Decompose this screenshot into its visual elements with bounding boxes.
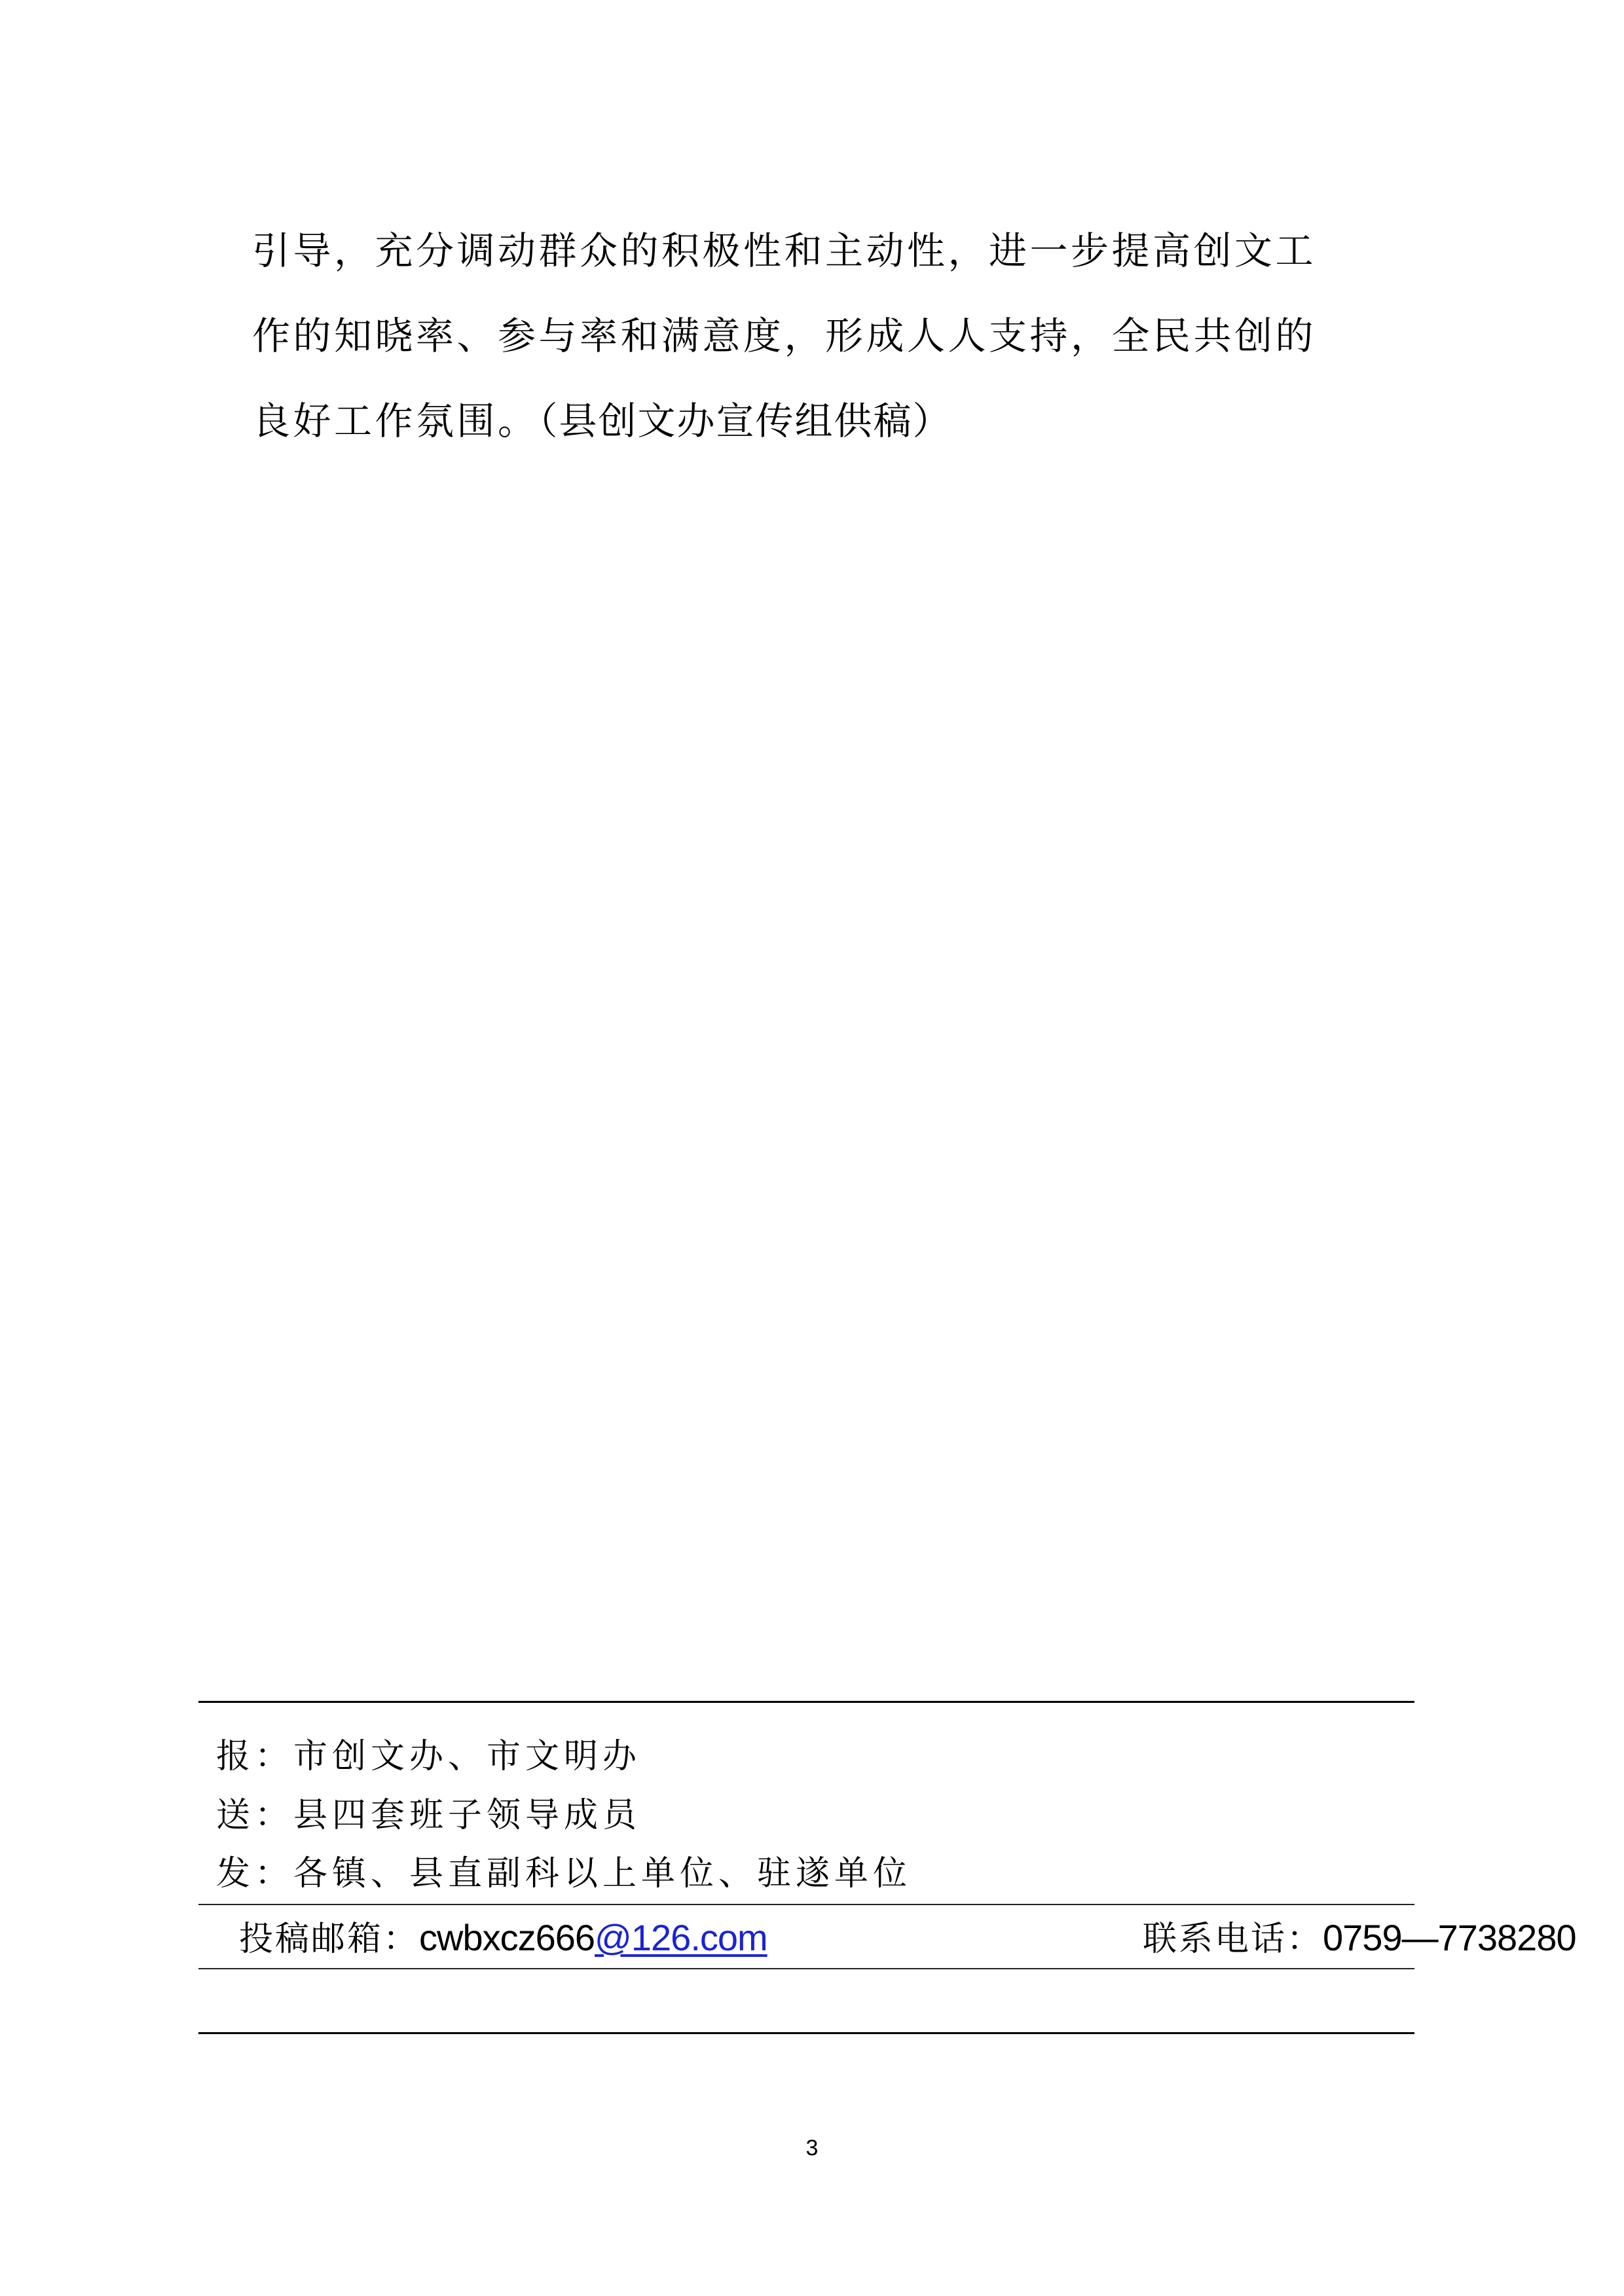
email-user: cwbxcz666 [419, 1917, 595, 1958]
divider-bottom [198, 2032, 1414, 2034]
body-line-3-text: 良好工作氛围。 [252, 399, 539, 443]
send-value: 县四套班子领导成员 [293, 1796, 641, 1835]
source-credit: （县创文办宣传组供稿） [539, 399, 952, 443]
page-number: 3 [0, 2136, 1624, 2161]
phone-number: 0759—7738280 [1323, 1917, 1576, 1958]
phone-label: 联系电话： [1143, 1920, 1323, 1959]
email-label: 投稿邮箱： [239, 1920, 419, 1959]
divider-top [198, 1701, 1414, 1703]
phone-block: 联系电话：0759—7738280 [1143, 1915, 1576, 1962]
body-line-2: 作的知晓率、参与率和满意度，形成人人支持，全民共创的 [252, 293, 1392, 378]
divider-lower [198, 1968, 1414, 1969]
distribution-issue: 发：各镇、县直副科以上单位、驻遂单位 [216, 1854, 912, 1893]
issue-label: 发： [216, 1854, 293, 1893]
distribution-report: 报：市创文办、市文明办 [216, 1737, 641, 1776]
body-line-3: 良好工作氛围。（县创文办宣传组供稿） [252, 378, 1392, 464]
body-line-1: 引导，充分调动群众的积极性和主动性，进一步提高创文工 [252, 208, 1392, 293]
report-value: 市创文办、市文明办 [293, 1737, 641, 1776]
send-label: 送： [216, 1796, 293, 1835]
issue-value: 各镇、县直副科以上单位、驻遂单位 [293, 1854, 912, 1893]
report-label: 报： [216, 1737, 293, 1776]
contact-row: 投稿邮箱：cwbxcz666@126.com 联系电话：0759—7738280 [239, 1915, 767, 1961]
email-link[interactable]: @126.com [595, 1917, 767, 1958]
article-body: 引导，充分调动群众的积极性和主动性，进一步提高创文工 作的知晓率、参与率和满意度… [252, 208, 1392, 464]
distribution-send: 送：县四套班子领导成员 [216, 1796, 641, 1835]
divider-middle [198, 1904, 1414, 1905]
